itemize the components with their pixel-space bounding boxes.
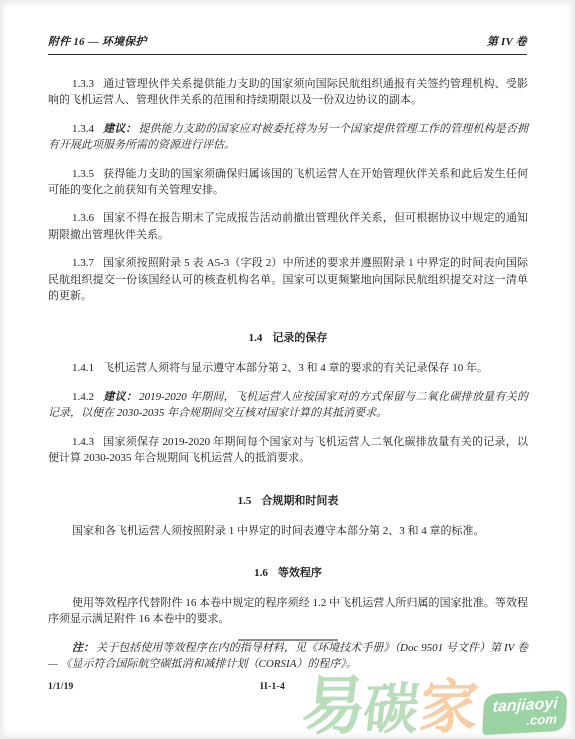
paragraph-number: 1.4.3 (72, 436, 94, 448)
section-title: 记录的保存 (272, 332, 327, 344)
paragraph-text: 国家须保存 2019-2020 年期间每个国家对与飞机运营人二氧化碳排放量有关的… (48, 436, 528, 464)
end-of-chapter-divider (238, 639, 338, 641)
paragraph-number: 1.3.3 (72, 78, 94, 90)
paragraph-1-3-7: 1.3.7国家须按照附录 5 表 A5-3（字段 2）中所述的要求并遵照附录 1… (48, 255, 528, 304)
note-paragraph: 注：关于包括使用等效程序在内的指导材料，见《环境技术手册》（Doc 9501 号… (48, 640, 528, 673)
paragraph-number: 1.3.4 (72, 123, 94, 135)
note-label: 注： (72, 642, 94, 654)
section-title: 合规期和时间表 (261, 495, 338, 507)
paragraph-number: 1.3.6 (72, 212, 94, 224)
paragraph-1-4-1: 1.4.1飞机运营人须将与显示遵守本部分第 2、3 和 4 章的要求的有关记录保… (48, 360, 528, 376)
document-body: 1.3.3通过管理伙伴关系提供能力支助的国家须向国际民航组织通报有关签约管理机构… (48, 62, 528, 673)
paragraph-text: 关于包括使用等效程序在内的指导材料，见《环境技术手册》（Doc 9501 号文件… (48, 642, 528, 670)
section-number: 1.5 (238, 495, 252, 507)
paragraph-text: 国家须按照附录 5 表 A5-3（字段 2）中所述的要求并遵照附录 1 中界定的… (48, 257, 528, 302)
paragraph-1-4-3: 1.4.3国家须保存 2019-2020 年期间每个国家对与飞机运营人二氧化碳排… (48, 434, 528, 467)
paragraph-number: 1.3.7 (72, 257, 94, 269)
recommendation-label: 建议： (103, 123, 137, 135)
paragraph-1-4-2-recommendation: 1.4.2建议：2019-2020 年期间，飞机运营人应按国家对的方式保留与二氧… (48, 389, 528, 422)
paragraph-text: 使用等效程序代替附件 16 本卷中规定的程序须经 1.2 中飞机运营人所归属的国… (48, 597, 528, 625)
page-header: 附件 16 — 环境保护 第 IV 卷 (48, 33, 527, 55)
watermark-url-line1: tanjiaoyi (492, 695, 558, 715)
paragraph-1-3-3: 1.3.3通过管理伙伴关系提供能力支助的国家须向国际民航组织通报有关签约管理机构… (48, 76, 528, 109)
paragraph-number: 1.4.1 (72, 362, 94, 374)
paragraph-number: 1.3.5 (72, 168, 94, 180)
paragraph-1-3-4-recommendation: 1.3.4建议：提供能力支助的国家应对被委托将为另一个国家提供管理工作的管理机构… (48, 121, 528, 154)
recommendation-label: 建议： (103, 391, 137, 403)
section-title: 等效程序 (278, 567, 322, 579)
section-heading-1-4: 1.4记录的保存 (48, 330, 528, 346)
section-number: 1.4 (249, 332, 263, 344)
paragraph-1-5-body: 国家和各飞机运营人须按照附录 1 中界定的时间表遵守本部分第 2、3 和 4 章… (48, 523, 528, 539)
footer-page-number: II-1-4 (2, 682, 543, 692)
section-heading-1-5: 1.5合规期和时间表 (48, 493, 528, 509)
header-left-title: 附件 16 — 环境保护 (48, 33, 147, 49)
paragraph-number: 1.4.2 (72, 391, 94, 403)
paragraph-text: 通过管理伙伴关系提供能力支助的国家须向国际民航组织通报有关签约管理机构、受影响的… (48, 78, 528, 106)
paragraph-1-3-5: 1.3.5获得能力支助的国家须确保归属该国的飞机运营人在开始管理伙伴关系和此后发… (48, 166, 528, 199)
paragraph-text: 国家和各飞机运营人须按照附录 1 中界定的时间表遵守本部分第 2、3 和 4 章… (72, 525, 485, 537)
paragraph-text: 获得能力支助的国家须确保归属该国的飞机运营人在开始管理伙伴关系和此后发生任何可能… (48, 168, 528, 196)
section-number: 1.6 (254, 567, 268, 579)
watermark-url-badge: tanjiaoyi .com (482, 690, 567, 735)
document-page: 附件 16 — 环境保护 第 IV 卷 1.3.3通过管理伙伴关系提供能力支助的… (2, 2, 573, 737)
section-heading-1-6: 1.6等效程序 (48, 565, 528, 581)
paragraph-1-3-6: 1.3.6国家不得在报告期末了完成报告活动前撤出管理伙伴关系，但可根据协议中规定… (48, 210, 528, 243)
header-right-volume: 第 IV 卷 (487, 33, 527, 49)
paragraph-text: 飞机运营人须将与显示遵守本部分第 2、3 和 4 章的要求的有关记录保存 10 … (103, 362, 488, 374)
watermark-url-line2: .com (492, 712, 558, 728)
paragraph-text: 国家不得在报告期末了完成报告活动前撤出管理伙伴关系，但可根据协议中规定的通知期限… (48, 212, 528, 240)
paragraph-1-6-body: 使用等效程序代替附件 16 本卷中规定的程序须经 1.2 中飞机运营人所归属的国… (48, 595, 528, 628)
